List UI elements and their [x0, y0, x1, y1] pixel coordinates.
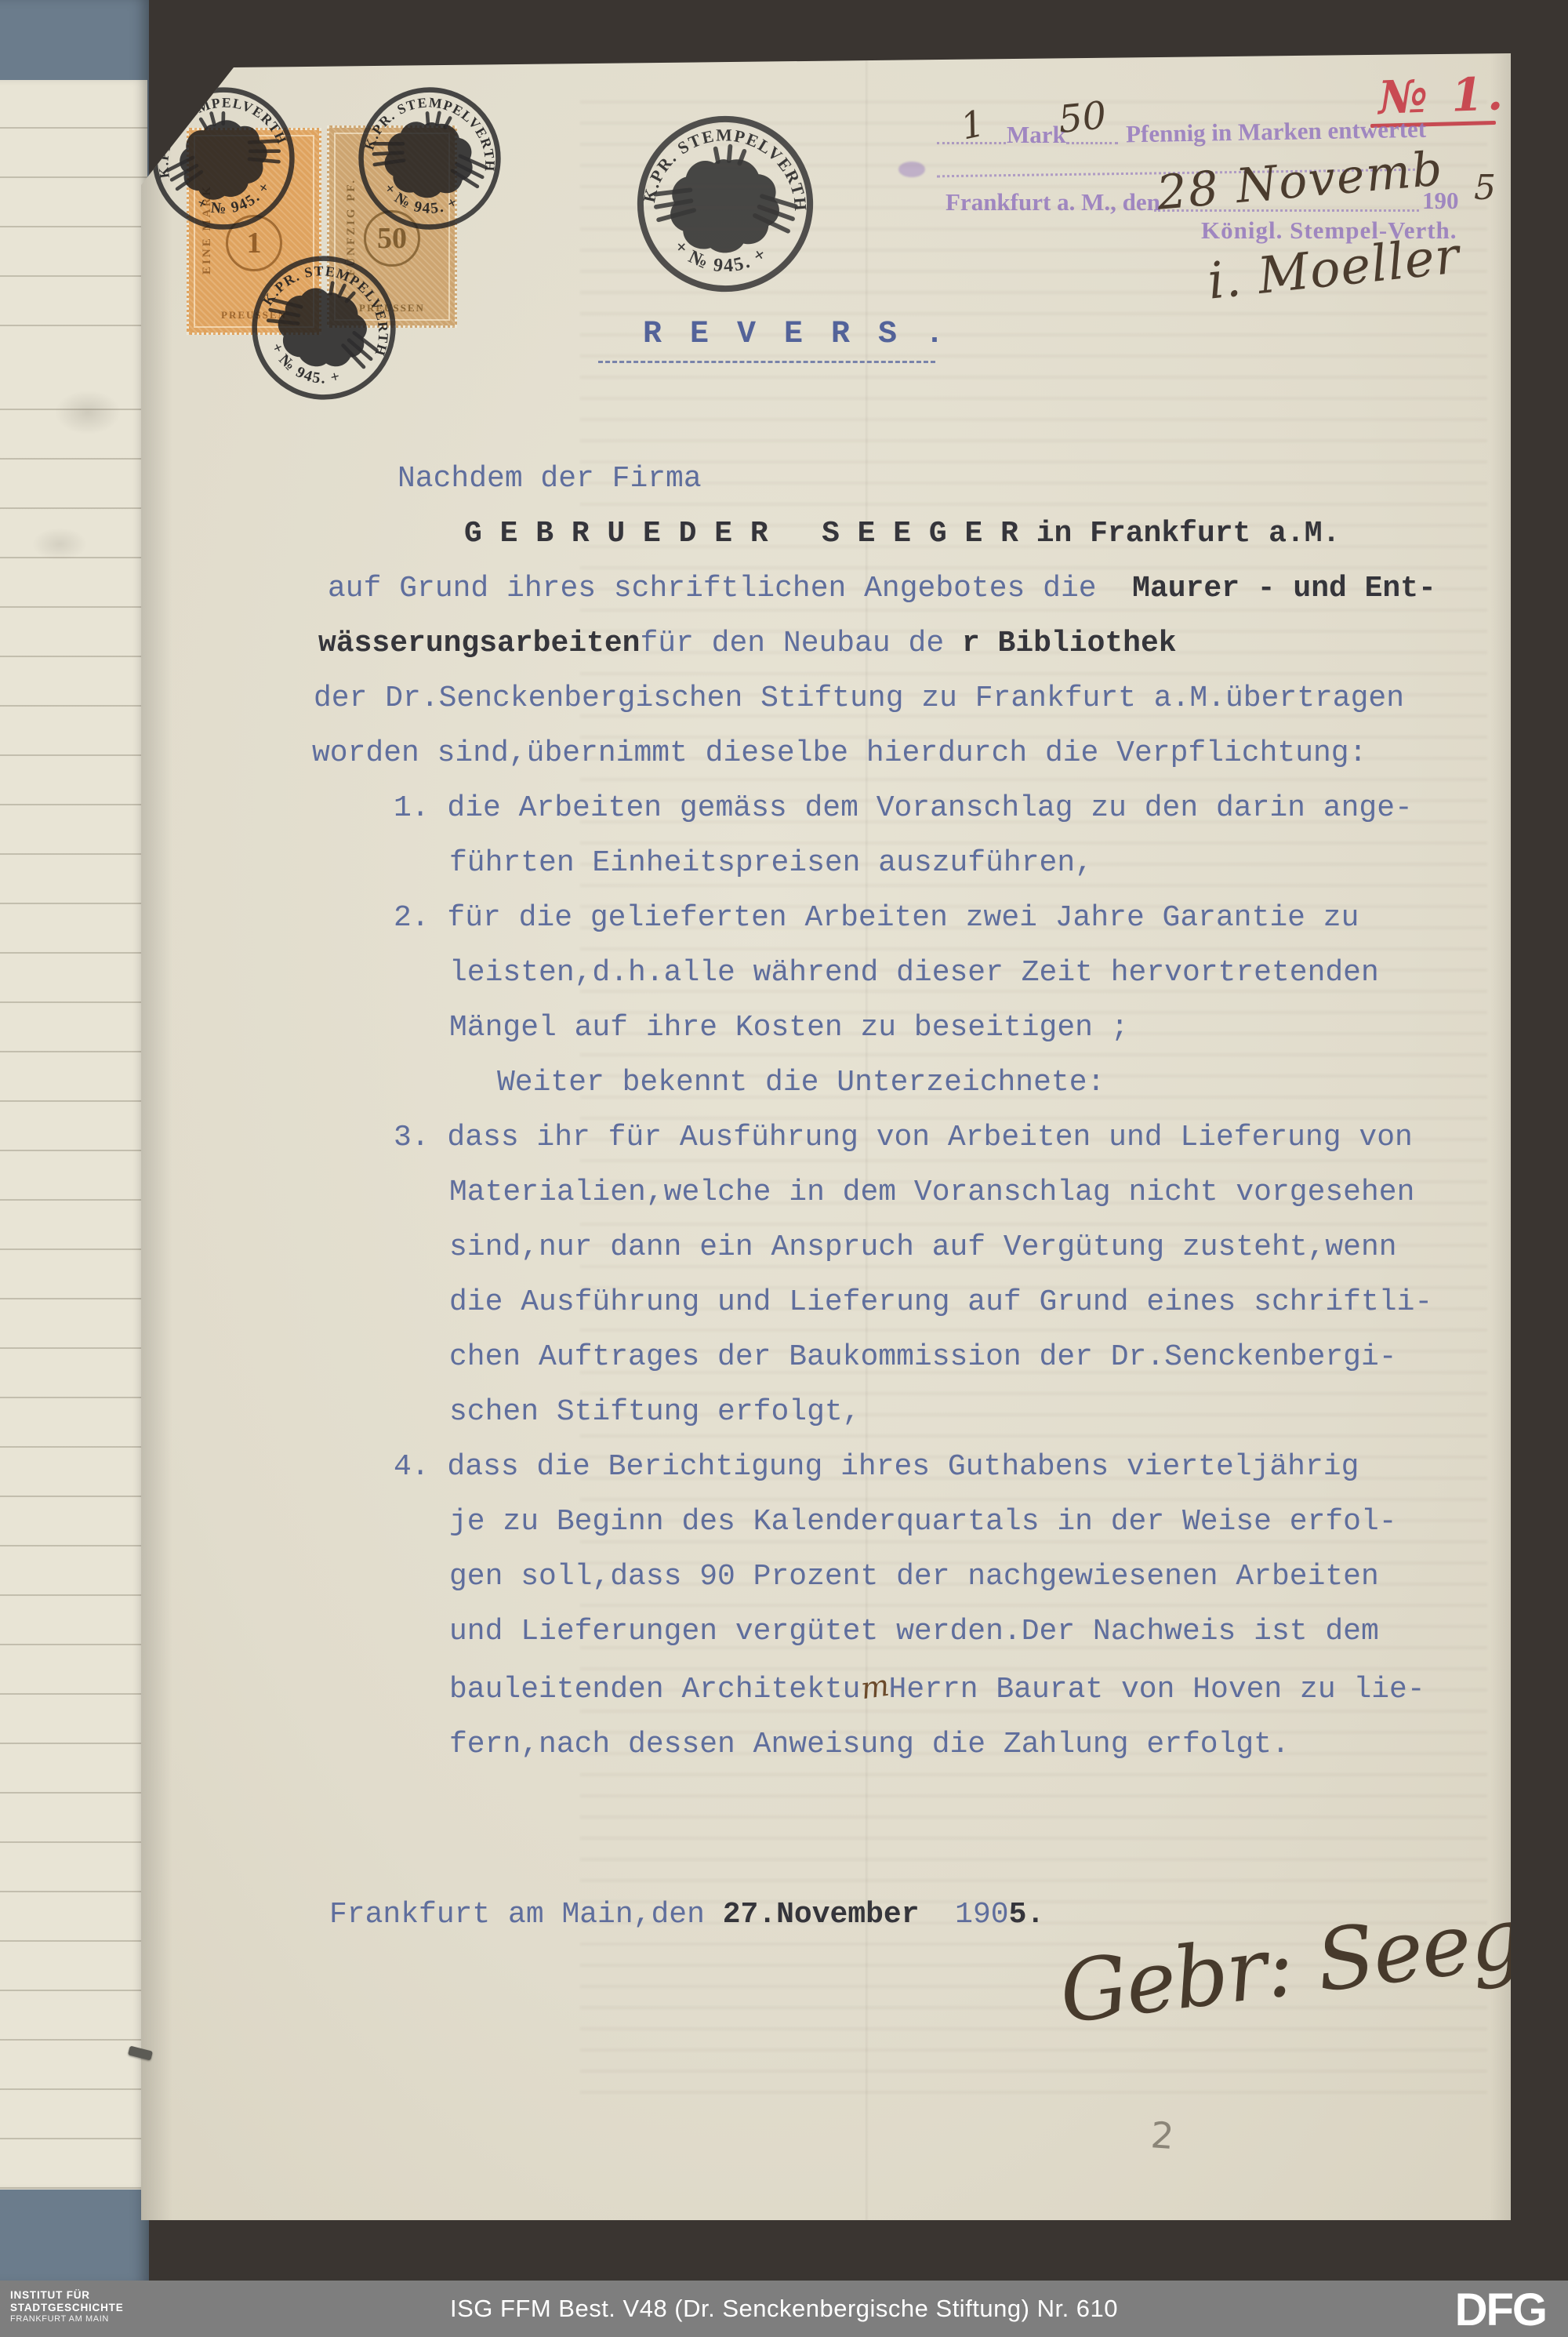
typed-segment: 4. dass die Berichtigung ihres Guthabens… [394, 1450, 1359, 1484]
typed-segment-filled: Maurer - und Ent- [1114, 572, 1436, 605]
typed-body: Nachdem der FirmaG E B R U E D E R S E E… [312, 452, 1472, 1772]
typed-segment-filled: G E B R U E D E R S E E G E R in Frankfu… [464, 517, 1340, 551]
typed-line: je zu Beginn des Kalenderquartals in der… [312, 1495, 1472, 1550]
typed-segment: führten Einheitspreisen auszuführen, [449, 846, 1093, 880]
typed-line: 4. dass die Berichtigung ihres Guthabens… [312, 1440, 1472, 1495]
archive-scan: EINE MARK 1 PREUSSEN FÜNFZIG PF. 50 PREU… [0, 0, 1568, 2337]
typed-segment: Materialien,welche in dem Voranschlag ni… [449, 1176, 1414, 1209]
typed-segment: Herrn Baurat von Hoven zu lie- [889, 1673, 1425, 1706]
typed-line: bauleitenden ArchitektumHerrn Baurat von… [312, 1659, 1472, 1717]
cancellation-mark-label: Mark [1007, 121, 1066, 149]
document-page: EINE MARK 1 PREUSSEN FÜNFZIG PF. 50 PREU… [141, 53, 1511, 2220]
company-signature: Gebr: Seeger. [1054, 1876, 1568, 2042]
cancellation-pfennig-label: Pfennig in Marken entwertet [1126, 115, 1427, 149]
typed-segment: Weiter bekennt die Unterzeichnete: [497, 1066, 1105, 1099]
typed-segment: 1. die Arbeiten gemäss dem Voranschlag z… [394, 791, 1413, 825]
typed-line: führten Einheitspreisen auszuführen, [312, 836, 1472, 891]
postmark-stamp [343, 72, 517, 245]
typed-segment: für den Neubau de [640, 627, 944, 660]
typed-segment: sind,nur dann ein Anspruch auf Vergütung… [449, 1230, 1397, 1264]
cancellation-ink-blot [898, 162, 925, 177]
typed-segment-filled: 5. [1009, 1898, 1045, 1932]
typed-line: G E B R U E D E R S E E G E R in Frankfu… [312, 507, 1472, 562]
typed-segment: 3. dass ihr für Ausführung von Arbeiten … [394, 1121, 1413, 1154]
typed-line: chen Auftrages der Baukommission der Dr.… [312, 1330, 1472, 1385]
typed-line: auf Grund ihres schriftlichen Angebotes … [312, 562, 1472, 616]
typed-line: Nachdem der Firma [312, 452, 1472, 507]
typed-segment: gen soll,dass 90 Prozent der nachgewiese… [449, 1560, 1379, 1594]
typed-segment: Nachdem der Firma [397, 462, 702, 496]
handwritten-correction: m [857, 1658, 892, 1716]
typed-segment-filled: wässerungsarbeiten [318, 627, 640, 660]
typed-segment: je zu Beginn des Kalenderquartals in der… [449, 1505, 1397, 1539]
underlying-lined-page [0, 80, 147, 2190]
typed-line: fern,nach dessen Anweisung die Zahlung e… [312, 1717, 1472, 1772]
typed-line: schen Stiftung erfolgt, [312, 1385, 1472, 1440]
typed-line: 1. die Arbeiten gemäss dem Voranschlag z… [312, 781, 1472, 836]
cancellation-place-label: Frankfurt a. M., den [946, 188, 1160, 216]
typed-segment: bauleitenden Architektu [449, 1673, 861, 1706]
typed-line: 2. für die gelieferten Arbeiten zwei Jah… [312, 891, 1472, 946]
typed-segment: leisten,d.h.alle während dieser Zeit her… [449, 956, 1379, 990]
typed-segment-filled: r Bibliothek [944, 627, 1176, 660]
typed-line: Weiter bekennt die Unterzeichnete: [312, 1056, 1472, 1110]
typed-segment: auf Grund ihres schriftlichen Angebotes … [328, 572, 1114, 605]
handwritten-pfennig-amount: 50 [1056, 93, 1109, 142]
typed-segment: Frankfurt am Main,den [329, 1898, 723, 1932]
postmark-stamp [627, 106, 822, 301]
pencil-page-number: 2 [1149, 2113, 1175, 2157]
typed-segment: 2. für die gelieferten Arbeiten zwei Jah… [394, 901, 1359, 935]
typed-segment: worden sind,übernimmt dieselbe hierdurch… [312, 736, 1367, 770]
footer-bar: INSTITUT FÜR STADTGESCHICHTE FRANKFURT A… [0, 2281, 1568, 2337]
document-title: R E V E R S . [643, 317, 949, 352]
typed-segment: der Dr.Senckenbergischen Stiftung zu Fra… [314, 681, 1404, 715]
typed-segment: die Ausführung und Lieferung auf Grund e… [449, 1285, 1432, 1319]
typed-segment: schen Stiftung erfolgt, [449, 1395, 861, 1429]
typed-line: Mängel auf ihre Kosten zu beseitigen ; [312, 1001, 1472, 1056]
typed-line: leisten,d.h.alle während dieser Zeit her… [312, 946, 1472, 1001]
typed-line: Materialien,welche in dem Voranschlag ni… [312, 1165, 1472, 1220]
typed-segment-filled: 27.November [723, 1898, 920, 1932]
typed-line: die Ausführung und Lieferung auf Grund e… [312, 1275, 1472, 1330]
typed-line: worden sind,übernimmt dieselbe hierdurch… [312, 726, 1472, 781]
typed-segment: und Lieferungen vergütet werden.Der Nach… [449, 1615, 1379, 1648]
typed-line: sind,nur dann ein Anspruch auf Vergütung… [312, 1220, 1472, 1275]
typed-line: der Dr.Senckenbergischen Stiftung zu Fra… [312, 671, 1472, 726]
typed-segment: fern,nach dessen Anweisung die Zahlung e… [449, 1728, 1290, 1761]
typed-line: gen soll,dass 90 Prozent der nachgewiese… [312, 1550, 1472, 1605]
typed-segment: 190 [920, 1898, 1009, 1932]
title-underline [598, 361, 935, 363]
date-line: Frankfurt am Main,den 27.November 1905. [329, 1898, 1044, 1932]
typed-segment: chen Auftrages der Baukommission der Dr.… [449, 1340, 1397, 1374]
dfg-logo: DFG [1455, 2284, 1546, 2336]
typed-segment: Mängel auf ihre Kosten zu beseitigen ; [449, 1011, 1129, 1045]
cancellation-dotted-line [1066, 141, 1118, 144]
archive-reference: ISG FFM Best. V48 (Dr. Senckenbergische … [0, 2295, 1568, 2323]
typed-line: wässerungsarbeitenfür den Neubau de r Bi… [312, 616, 1472, 671]
handwritten-year-digit: 5 [1474, 168, 1496, 208]
typed-line: 3. dass ihr für Ausführung von Arbeiten … [312, 1110, 1472, 1165]
typed-line: und Lieferungen vergütet werden.Der Nach… [312, 1605, 1472, 1659]
